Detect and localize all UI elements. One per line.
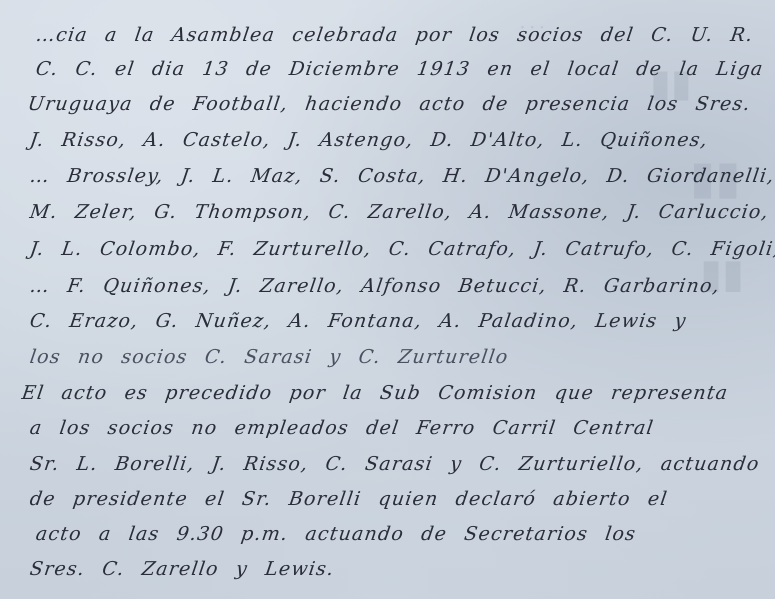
manuscript-line: J. Risso, A. Castelo, J. Astengo, D. D'A… <box>28 129 709 151</box>
manuscript-line: M. Zeler, G. Thompson, C. Zarello, A. Ma… <box>28 201 770 223</box>
manuscript-line: … F. Quiñones, J. Zarello, Alfonso Betuc… <box>28 275 721 297</box>
manuscript-line: acto a las 9.30 p.m. actuando de Secreta… <box>34 523 637 545</box>
manuscript-line: Sres. C. Zarello y Lewis. <box>28 558 335 580</box>
manuscript-page: …cia a la Asamblea celebrada por los soc… <box>0 0 775 599</box>
manuscript-line: a los socios no empleados del Ferro Carr… <box>28 417 655 439</box>
manuscript-line: de presidente el Sr. Borelli quien decla… <box>28 488 669 510</box>
manuscript-line: los no socios C. Sarasi y C. Zurturello <box>28 346 510 368</box>
manuscript-line: El acto es precedido por la Sub Comision… <box>20 382 729 404</box>
manuscript-line: … Brossley, J. L. Maz, S. Costa, H. D'An… <box>28 165 775 187</box>
manuscript-line: J. L. Colombo, F. Zurturello, C. Catrafo… <box>28 238 775 260</box>
manuscript-line: Sr. L. Borelli, J. Risso, C. Sarasi y C.… <box>28 453 761 475</box>
manuscript-line: Uruguaya de Football, haciendo acto de p… <box>26 93 752 115</box>
manuscript-line: C. Erazo, G. Nuñez, A. Fontana, A. Palad… <box>28 310 688 332</box>
manuscript-line: C. C. el dia 13 de Diciembre 1913 en el … <box>34 58 765 80</box>
manuscript-line: …cia a la Asamblea celebrada por los soc… <box>34 24 754 46</box>
